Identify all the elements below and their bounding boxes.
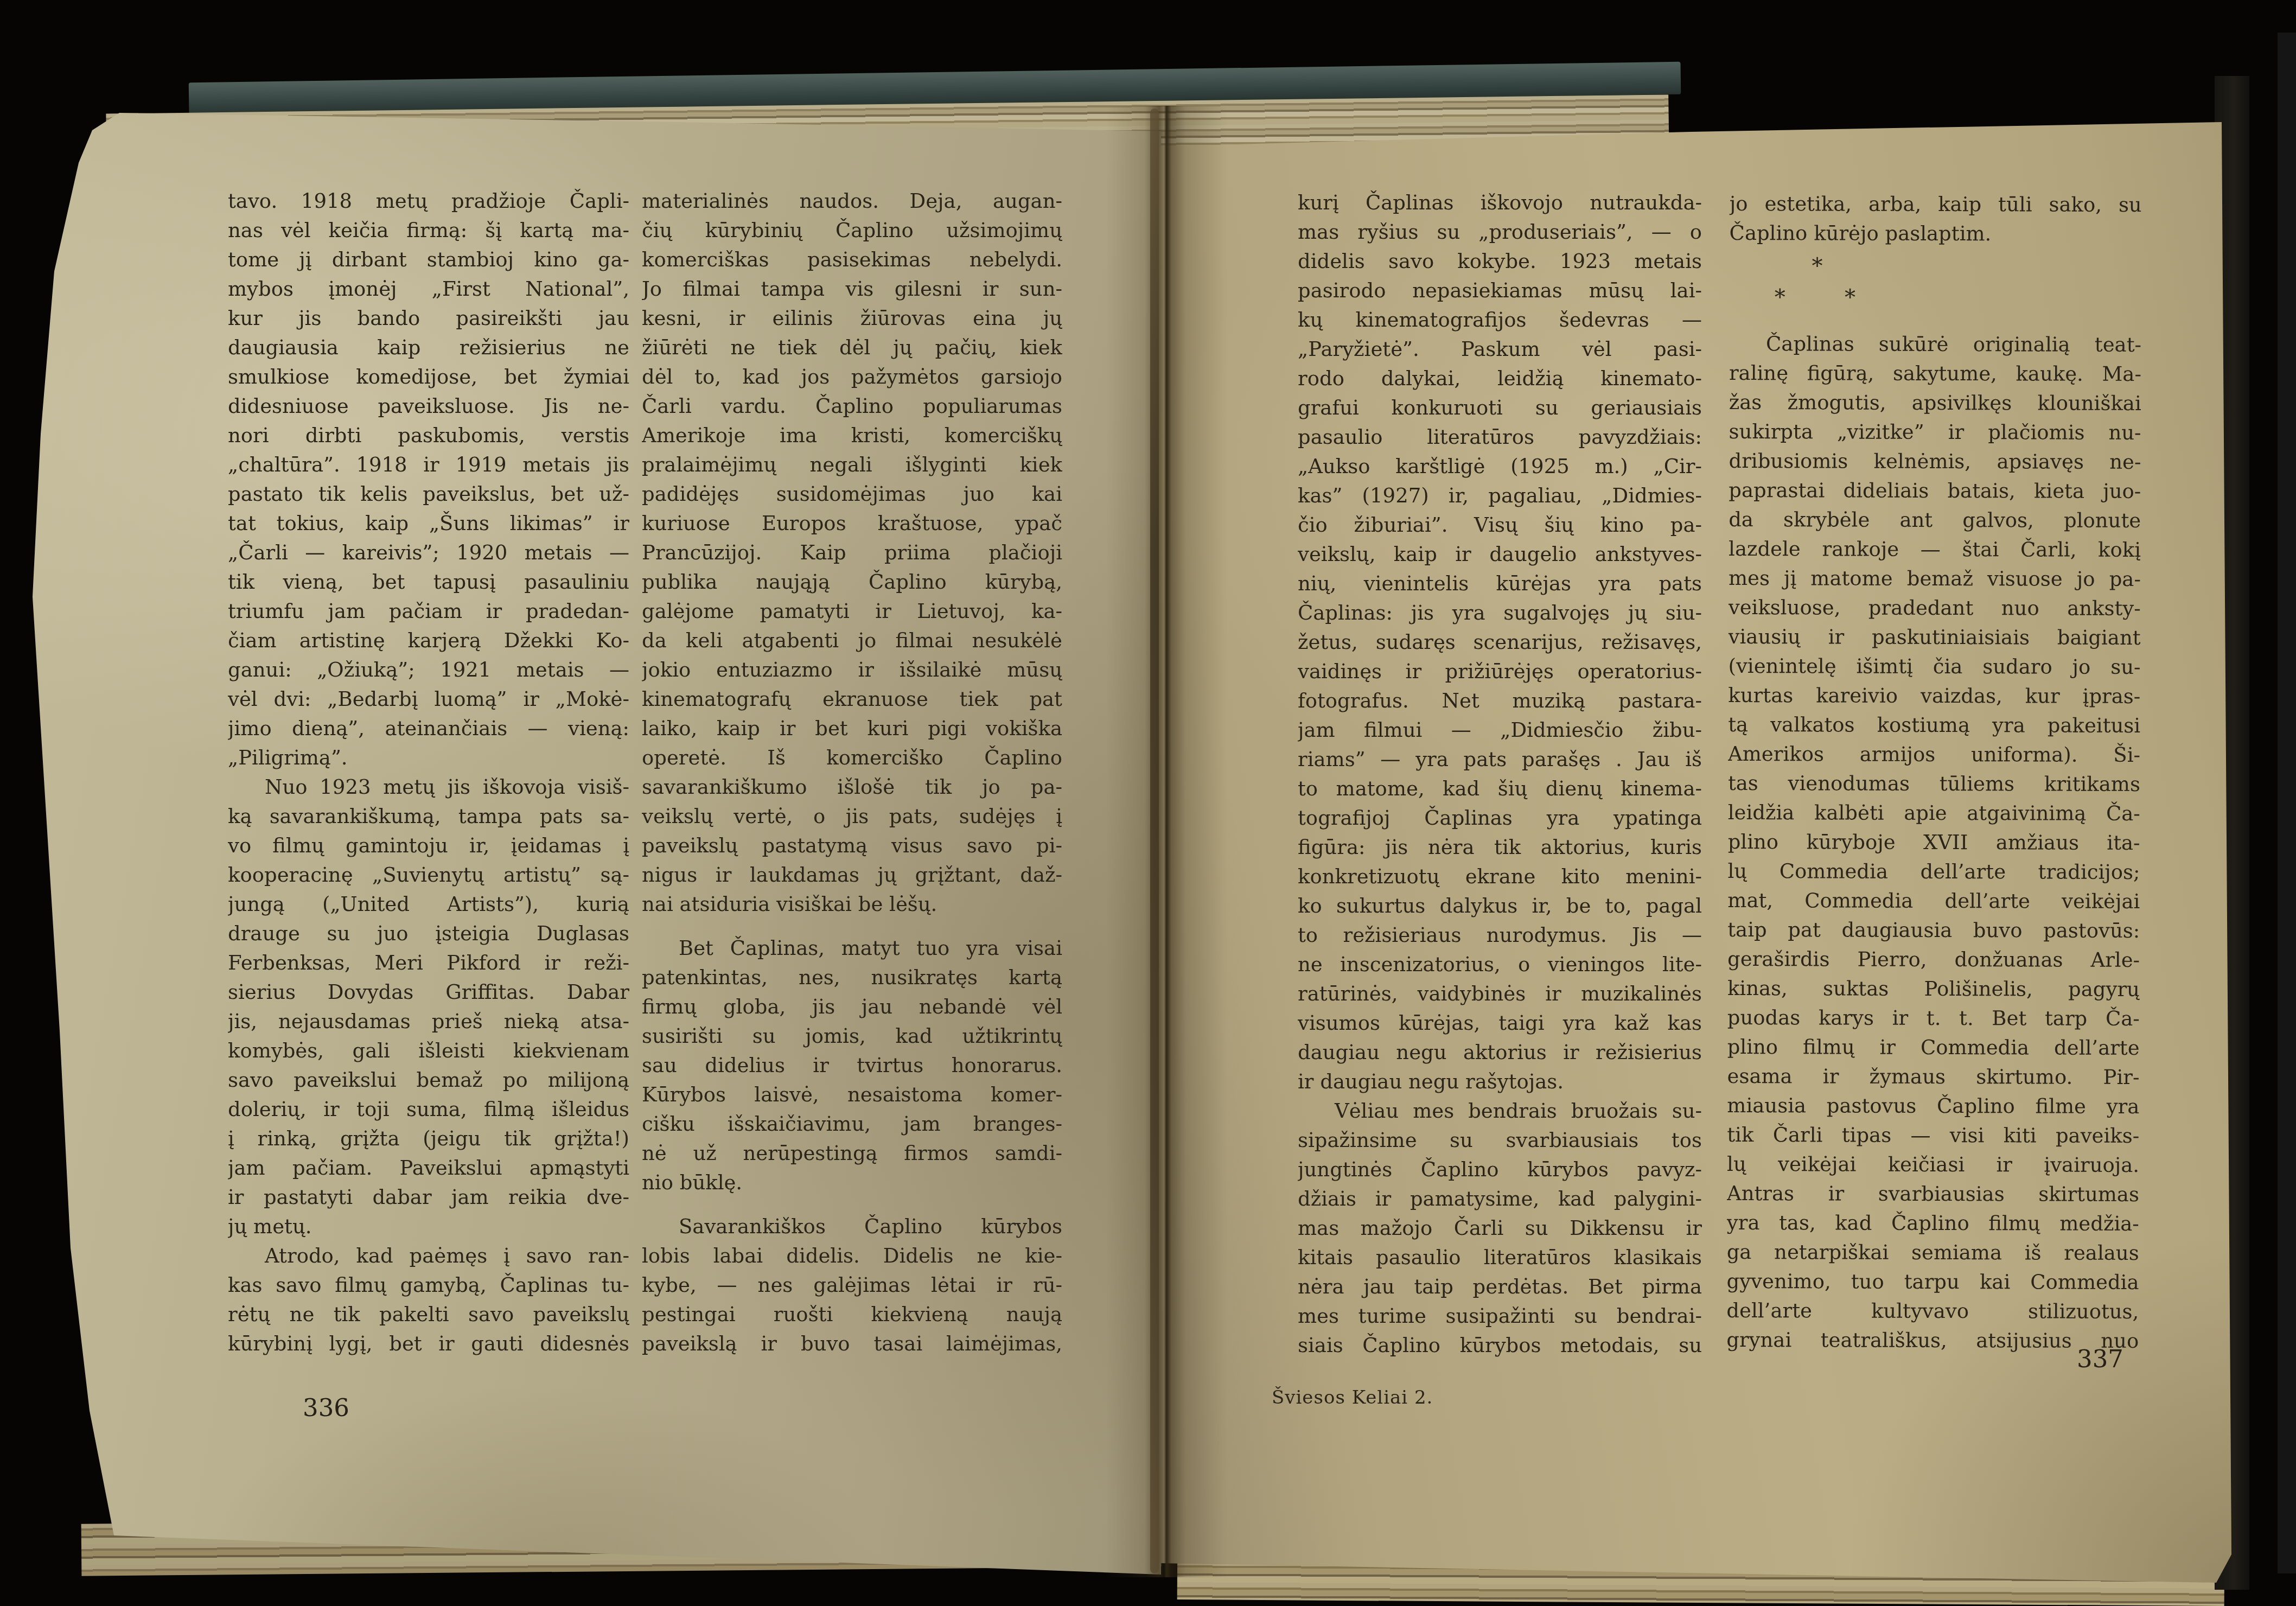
text-line: veikslų vertė, o jis pats, sudėjęs į: [642, 802, 1062, 831]
text-line: operetė. Iš komerciško Čaplino: [642, 743, 1062, 773]
text-line: konkretizuotų ekrane kito menini-: [1298, 862, 1702, 891]
text-line: jam filmui — „Didmiesčio žibu-: [1298, 716, 1702, 745]
text-line: Ferbenksas, Meri Pikford ir reži-: [228, 948, 629, 978]
text-line: didesniuose paveiksluose. Jis ne-: [228, 392, 629, 421]
text-line: nio būklę.: [642, 1168, 1062, 1197]
text-line: mybos įmonėj „First National”,: [228, 275, 629, 304]
text-line: Amerikoje ima kristi, komerciškų: [642, 421, 1062, 450]
text-line: mat, Commedia dell’arte veikėjai: [1727, 886, 2140, 916]
text-line: patenkintas, nes, nusikratęs kartą: [642, 963, 1062, 992]
text-line: Antras ir svarbiausias skirtumas: [1727, 1179, 2139, 1209]
text-line: materialinės naudos. Deja, augan-: [642, 187, 1062, 216]
text-line: susirišti su jomis, kad užtikrintų: [642, 1022, 1062, 1051]
text-line: pralaimėjimų negali išlyginti kiek: [642, 450, 1062, 480]
text-line: tas vienodumas tūliems kritikams: [1728, 769, 2140, 799]
text-line: visumos kūrėjas, taigi yra kaž kas: [1298, 1009, 1702, 1038]
text-line: drauge su juo įsteigia Duglasas: [228, 919, 629, 948]
text-line: tą valkatos kostiumą yra pakeitusi: [1728, 710, 2140, 741]
text-line: komerciškas pasisekimas nebelydi.: [642, 245, 1062, 275]
text-line: dribusiomis kelnėmis, apsiavęs ne-: [1729, 447, 2141, 477]
text-line: į rinką, grįžta (jeigu tik grįžta!): [228, 1124, 629, 1153]
running-footer-signature: Šviesos Keliai 2.: [1272, 1387, 1433, 1409]
left-page-number: 336: [303, 1393, 349, 1422]
text-line: jų metų.: [228, 1212, 629, 1241]
text-line: nė už nerūpestingą firmos samdi-: [642, 1139, 1062, 1168]
text-line: pestingai ruošti kiekvieną naują: [642, 1300, 1062, 1329]
text-line: vaidinęs ir prižiūrėjęs operatorius-: [1298, 657, 1702, 686]
text-line: to režisieriaus nurodymus. Jis —: [1298, 921, 1702, 950]
text-line: tavo. 1918 metų pradžioje Čapli-: [228, 187, 629, 216]
text-line: daugiau negu aktorius ir režisierius: [1298, 1038, 1702, 1067]
photo-right-edge-shadow: [2278, 33, 2296, 1573]
paragraph: jo estetika, arba, kaip tūli sako, suČap…: [1730, 189, 2142, 249]
text-line: Bet Čaplinas, matyt tuo yra visai: [642, 934, 1062, 963]
text-line: pastato tik kelis paveikslus, bet už-: [228, 480, 629, 509]
text-line: nėra jau taip perdėtas. Bet pirma: [1298, 1272, 1702, 1302]
text-line: sierius Dovydas Griffitas. Dabar: [228, 978, 629, 1007]
text-line: „Čarli — kareivis”; 1920 metais —: [228, 538, 629, 568]
text-line: Čaplinas: jis yra sugalvojęs jų siu-: [1298, 598, 1702, 628]
text-line: nigus ir laukdamas jų grįžtant, daž-: [642, 861, 1062, 890]
text-line: kinematografų ekranuose tiek pat: [642, 685, 1062, 714]
text-line: tik vieną, bet tapusį pasauliniu: [228, 568, 629, 597]
text-line: da skrybėle ant galvos, plonute: [1729, 505, 2141, 536]
paragraph: Atrodo, kad paėmęs į savo ran-kas savo f…: [228, 1241, 629, 1359]
text-line: kesni, ir eilinis žiūrovas eina jų: [642, 304, 1062, 333]
text-line: padidėjęs susidomėjimas juo kai: [642, 480, 1062, 509]
text-line: riams” — yra pats parašęs . Jau iš: [1298, 745, 1702, 774]
text-line: kas savo filmų gamybą, Čaplinas tu-: [228, 1271, 629, 1300]
text-line: pasirodo nepasiekiamas mūsų lai-: [1298, 276, 1702, 305]
paragraph: Čaplinas sukūrė originalią teat-ralinę f…: [1726, 329, 2141, 1356]
text-line: esama ir žymaus skirtumo. Pir-: [1727, 1062, 2139, 1092]
text-line: paveikslų pastatymą visus savo pi-: [642, 831, 1062, 861]
text-line: grafui konkuruoti su geriausiais: [1298, 393, 1702, 423]
text-line: viausių ir paskutiniaisiais baigiant: [1729, 622, 2141, 653]
text-line: kinas, suktas Polišinelis, pagyrų: [1727, 974, 2140, 1004]
text-line: mas ryšius su „produseriais”, — o: [1298, 218, 1702, 247]
text-line: miausia pastovus Čaplino filme yra: [1727, 1091, 2139, 1121]
text-line: cišku išskaičiavimu, jam branges-: [642, 1110, 1062, 1139]
text-line: kybe, — nes galėjimas lėtai ir rū-: [642, 1271, 1062, 1300]
paragraph: Vėliau mes bendrais bruožais su-sipažins…: [1298, 1097, 1702, 1360]
text-line: nori dirbti paskubomis, verstis: [228, 421, 629, 450]
text-line: paveikslą ir buvo tasai laimėjimas,: [642, 1329, 1062, 1359]
text-line: veiksluose, pradedant nuo anksty-: [1729, 593, 2141, 623]
right-page-number: 337: [2077, 1344, 2123, 1373]
text-line: smulkiose komedijose, bet žymiai: [228, 362, 629, 392]
text-line: Amerikos armijos uniforma). Ši-: [1728, 740, 2140, 770]
text-line: triumfu jam pačiam ir pradedan-: [228, 597, 629, 626]
text-line: tome jį dirbant stambioj kino ga-: [228, 245, 629, 275]
text-line: jo estetika, arba, kaip tūli sako, su: [1730, 189, 2142, 220]
text-line: jimo dieną”, ateinančiais — vieną:: [228, 714, 629, 743]
text-line: ką savarankiškumą, tampa pats sa-: [228, 802, 629, 831]
text-line: dolerių, ir toji suma, filmą išleidus: [228, 1095, 629, 1124]
text-line: nas vėl keičia firmą: šį kartą ma-: [228, 216, 629, 245]
text-line: pasaulio literatūros pavyzdžiais:: [1298, 423, 1702, 452]
text-line: didelis savo kokybe. 1923 metais: [1298, 247, 1702, 276]
text-line: Vėliau mes bendrais bruožais su-: [1298, 1097, 1702, 1126]
text-line: rodo dalykai, leidžią kinemato-: [1298, 364, 1702, 393]
asterisk-glyph: *: [1812, 251, 1822, 281]
text-line: čių kūrybinių Čaplino užsimojimų: [642, 216, 1062, 245]
text-line: lų Commedia dell’arte tradicijos;: [1727, 857, 2140, 887]
text-line: komybės, gali išleisti kiekvienam: [228, 1036, 629, 1066]
asterisk-glyph: *: [1845, 283, 1855, 313]
text-line: tat tokius, kaip „Šuns likimas” ir: [228, 509, 629, 538]
text-line: Kūrybos laisvė, nesaistoma komer-: [642, 1080, 1062, 1110]
text-line: to matome, kad šių dienų kinema-: [1298, 774, 1702, 804]
text-line: Savarankiškos Čaplino kūrybos: [642, 1212, 1062, 1241]
text-line: Čaplino kūrėjo paslaptim.: [1730, 219, 2142, 249]
text-line: mes turime susipažinti su bendrai-: [1298, 1302, 1702, 1331]
text-line: Prancūzijoj. Kaip priima plačioji: [642, 538, 1062, 568]
text-line: nių, vienintelis kūrėjas yra pats: [1298, 569, 1702, 598]
book-scan-photo: tavo. 1918 metų pradžioje Čapli-nas vėl …: [0, 0, 2296, 1606]
text-line: galėjome pamatyti ir Lietuvoj, ka-: [642, 597, 1062, 626]
text-line: kurį Čaplinas iškovojo nutraukda-: [1298, 188, 1702, 218]
text-line: vo filmų gamintoju ir, įeidamas į: [228, 831, 629, 861]
text-line: jokio entuziazmo ir išsilaikė mūsų: [642, 655, 1062, 685]
text-line: ko sukurtus dalykus ir, be to, pagal: [1298, 891, 1702, 921]
text-line: rėtų ne tik pakelti savo paveikslų: [228, 1300, 629, 1329]
text-line: kas” (1927) ir, pagaliau, „Didmies-: [1298, 481, 1702, 511]
text-line: „chaltūra”. 1918 ir 1919 metais jis: [228, 450, 629, 480]
paragraph: materialinės naudos. Deja, augan-čių kūr…: [642, 187, 1062, 919]
text-line: da keli atgabenti jo filmai nesukėlė: [642, 626, 1062, 655]
text-line: žas žmogutis, apsivilkęs klouniškai: [1729, 388, 2141, 418]
text-line: sau didelius ir tvirtus honorarus.: [642, 1051, 1062, 1080]
paragraph: tavo. 1918 metų pradžioje Čapli-nas vėl …: [228, 187, 629, 773]
text-line: figūra: jis nėra tik aktorius, kuris: [1298, 833, 1702, 862]
text-line: čiam artistinę karjerą Džekki Ko-: [228, 626, 629, 655]
text-line: kooperacinę „Suvienytų artistų” są-: [228, 861, 629, 890]
text-line: ratūrinės, vaidybinės ir muzikalinės: [1298, 979, 1702, 1009]
text-line: lobis labai didelis. Didelis ne kie-: [642, 1241, 1062, 1271]
text-line: gyvenimo, tuo tarpu kai Commedia: [1726, 1267, 2139, 1297]
text-line: džiais ir pamatysime, kad palygini-: [1298, 1184, 1702, 1214]
paragraph: kurį Čaplinas iškovojo nutraukda-mas ryš…: [1298, 188, 1702, 1097]
text-line: kurtas kareivio vaizdas, kur įpras-: [1728, 681, 2140, 711]
text-line: lų veikėjai keičiasi ir įvairuoja.: [1727, 1150, 2139, 1180]
text-line: lazdele rankoje — štai Čarli, kokį: [1729, 534, 2141, 565]
text-line: sipažinsime su svarbiausiais tos: [1298, 1126, 1702, 1155]
text-line: jungtinės Čaplino kūrybos pavyz-: [1298, 1155, 1702, 1184]
text-line: Čarli vardu. Čaplino populiarumas: [642, 392, 1062, 421]
text-line: ganui: „Ožiuką”; 1921 metais —: [228, 655, 629, 685]
text-line: tik Čarli tipas — visi kiti paveiks-: [1727, 1120, 2139, 1151]
text-line: daugiausia kaip režisierius ne: [228, 333, 629, 362]
text-line: firmų globa, jis jau nebandė vėl: [642, 992, 1062, 1022]
text-line: dėl to, kad jos pažymėtos garsiojo: [642, 362, 1062, 392]
text-line: fotografus. Net muziką pastara-: [1298, 686, 1702, 716]
right-page-column-1: kurį Čaplinas iškovojo nutraukda-mas ryš…: [1298, 188, 1702, 1360]
text-line: žetus, sudaręs scenarijus, režisavęs,: [1298, 628, 1702, 657]
text-line: kuriuose Europos kraštuose, ypač: [642, 509, 1062, 538]
text-line: siais Čaplino kūrybos metodais, su: [1298, 1331, 1702, 1360]
text-line: Jo filmai tampa vis gilesni ir sun-: [642, 275, 1062, 304]
text-line: savarankiškumo išlošė tik jo pa-: [642, 773, 1062, 802]
text-line: ir pastatyti dabar jam reikia dve-: [228, 1183, 629, 1212]
text-line: jungą („United Artists”), kurią: [228, 890, 629, 919]
text-line: ga netarpiškai semiama iš realaus: [1727, 1238, 2139, 1268]
text-line: Čaplinas sukūrė originalią teat-: [1729, 329, 2141, 360]
text-line: leidžia kalbėti apie atgaivinimą Ča-: [1728, 798, 2140, 829]
text-line: čio žiburiai”. Visų šių kino pa-: [1298, 511, 1702, 540]
left-page-column-1: tavo. 1918 metų pradžioje Čapli-nas vėl …: [228, 187, 629, 1359]
text-line: savo paveikslui bemaž po milijoną: [228, 1066, 629, 1095]
text-line: laiko, kaip ir bet kuri pigi vokiška: [642, 714, 1062, 743]
text-line: sukirpta „vizitke” ir plačiomis nu-: [1729, 417, 2141, 448]
text-line: ralinę figūrą, sakytume, kaukę. Ma-: [1729, 359, 2141, 389]
left-page-column-2: materialinės naudos. Deja, augan-čių kūr…: [642, 187, 1062, 1359]
text-line: Nuo 1923 metų jis iškovoja visiš-: [228, 773, 629, 802]
text-line: „Paryžietė”. Paskum vėl pasi-: [1298, 335, 1702, 364]
text-line: mas mažojo Čarli su Dikkensu ir: [1298, 1214, 1702, 1243]
text-line: kūrybinį lygį, bet ir gauti didesnės: [228, 1329, 629, 1359]
text-line: žiūrėti ne tiek dėl jų pačių, kiek: [642, 333, 1062, 362]
text-line: (vienintelę išimtį čia sudaro jo su-: [1728, 652, 2140, 682]
text-line: plino kūryboje XVII amžiaus ita-: [1728, 827, 2140, 858]
text-line: nai atsiduria visiškai be lėšų.: [642, 890, 1062, 919]
text-line: kitais pasaulio literatūros klasikais: [1298, 1243, 1702, 1272]
text-line: veikslų, kaip ir daugelio ankstyves-: [1298, 540, 1702, 569]
text-line: jis, nejausdamas prieš nieką atsa-: [228, 1007, 629, 1036]
text-line: „Aukso karštligė (1925 m.) „Cir-: [1298, 452, 1702, 481]
paragraph: Nuo 1923 metų jis iškovoja visiš-ką sava…: [228, 773, 629, 1241]
text-line: publika naująją Čaplino kūrybą,: [642, 568, 1062, 597]
text-line: kur jis bando pasireikšti jau: [228, 304, 629, 333]
text-line: mes jį matome bemaž visuose jo pa-: [1729, 564, 2141, 594]
text-line: ir daugiau negu rašytojas.: [1298, 1067, 1702, 1097]
section-separator-stars: ***: [1729, 248, 2141, 330]
text-line: dell’arte kultyvavo stilizuotus,: [1726, 1296, 2139, 1327]
paragraph: Bet Čaplinas, matyt tuo yra visaipatenki…: [642, 934, 1062, 1197]
text-line: ne inscenizatorius, o vieningos lite-: [1298, 950, 1702, 979]
text-line: „Piligrimą”.: [228, 743, 629, 773]
text-line: yra tas, kad Čaplino filmų medžia-: [1727, 1208, 2139, 1239]
text-line: taip pat daugiausia buvo pastovūs:: [1727, 915, 2140, 946]
text-line: geraširdis Pierro, donžuanas Arle-: [1727, 945, 2140, 975]
text-line: puodas karys ir t. t. Bet tarp Ča-: [1727, 1003, 2140, 1034]
right-page-column-2: jo estetika, arba, kaip tūli sako, suČap…: [1726, 189, 2142, 1356]
text-line: paprastai dideliais batais, kieta juo-: [1729, 476, 2141, 506]
text-line: kų kinematografijos šedevras —: [1298, 305, 1702, 335]
asterisk-glyph: *: [1775, 283, 1785, 312]
text-line: tografijoj Čaplinas yra ypatinga: [1298, 804, 1702, 833]
paragraph: Savarankiškos Čaplino kūryboslobis labai…: [642, 1212, 1062, 1359]
text-line: vėl dvi: „Bedarbį luomą” ir „Mokė-: [228, 685, 629, 714]
book-gutter-shadow: [1106, 106, 1227, 1577]
text-line: Atrodo, kad paėmęs į savo ran-: [228, 1241, 629, 1271]
book-gutter-crease: [1150, 109, 1159, 1573]
text-line: jam pačiam. Paveikslui apmąstyti: [228, 1153, 629, 1183]
text-line: plino filmų ir Commedia dell’arte: [1727, 1033, 2140, 1063]
